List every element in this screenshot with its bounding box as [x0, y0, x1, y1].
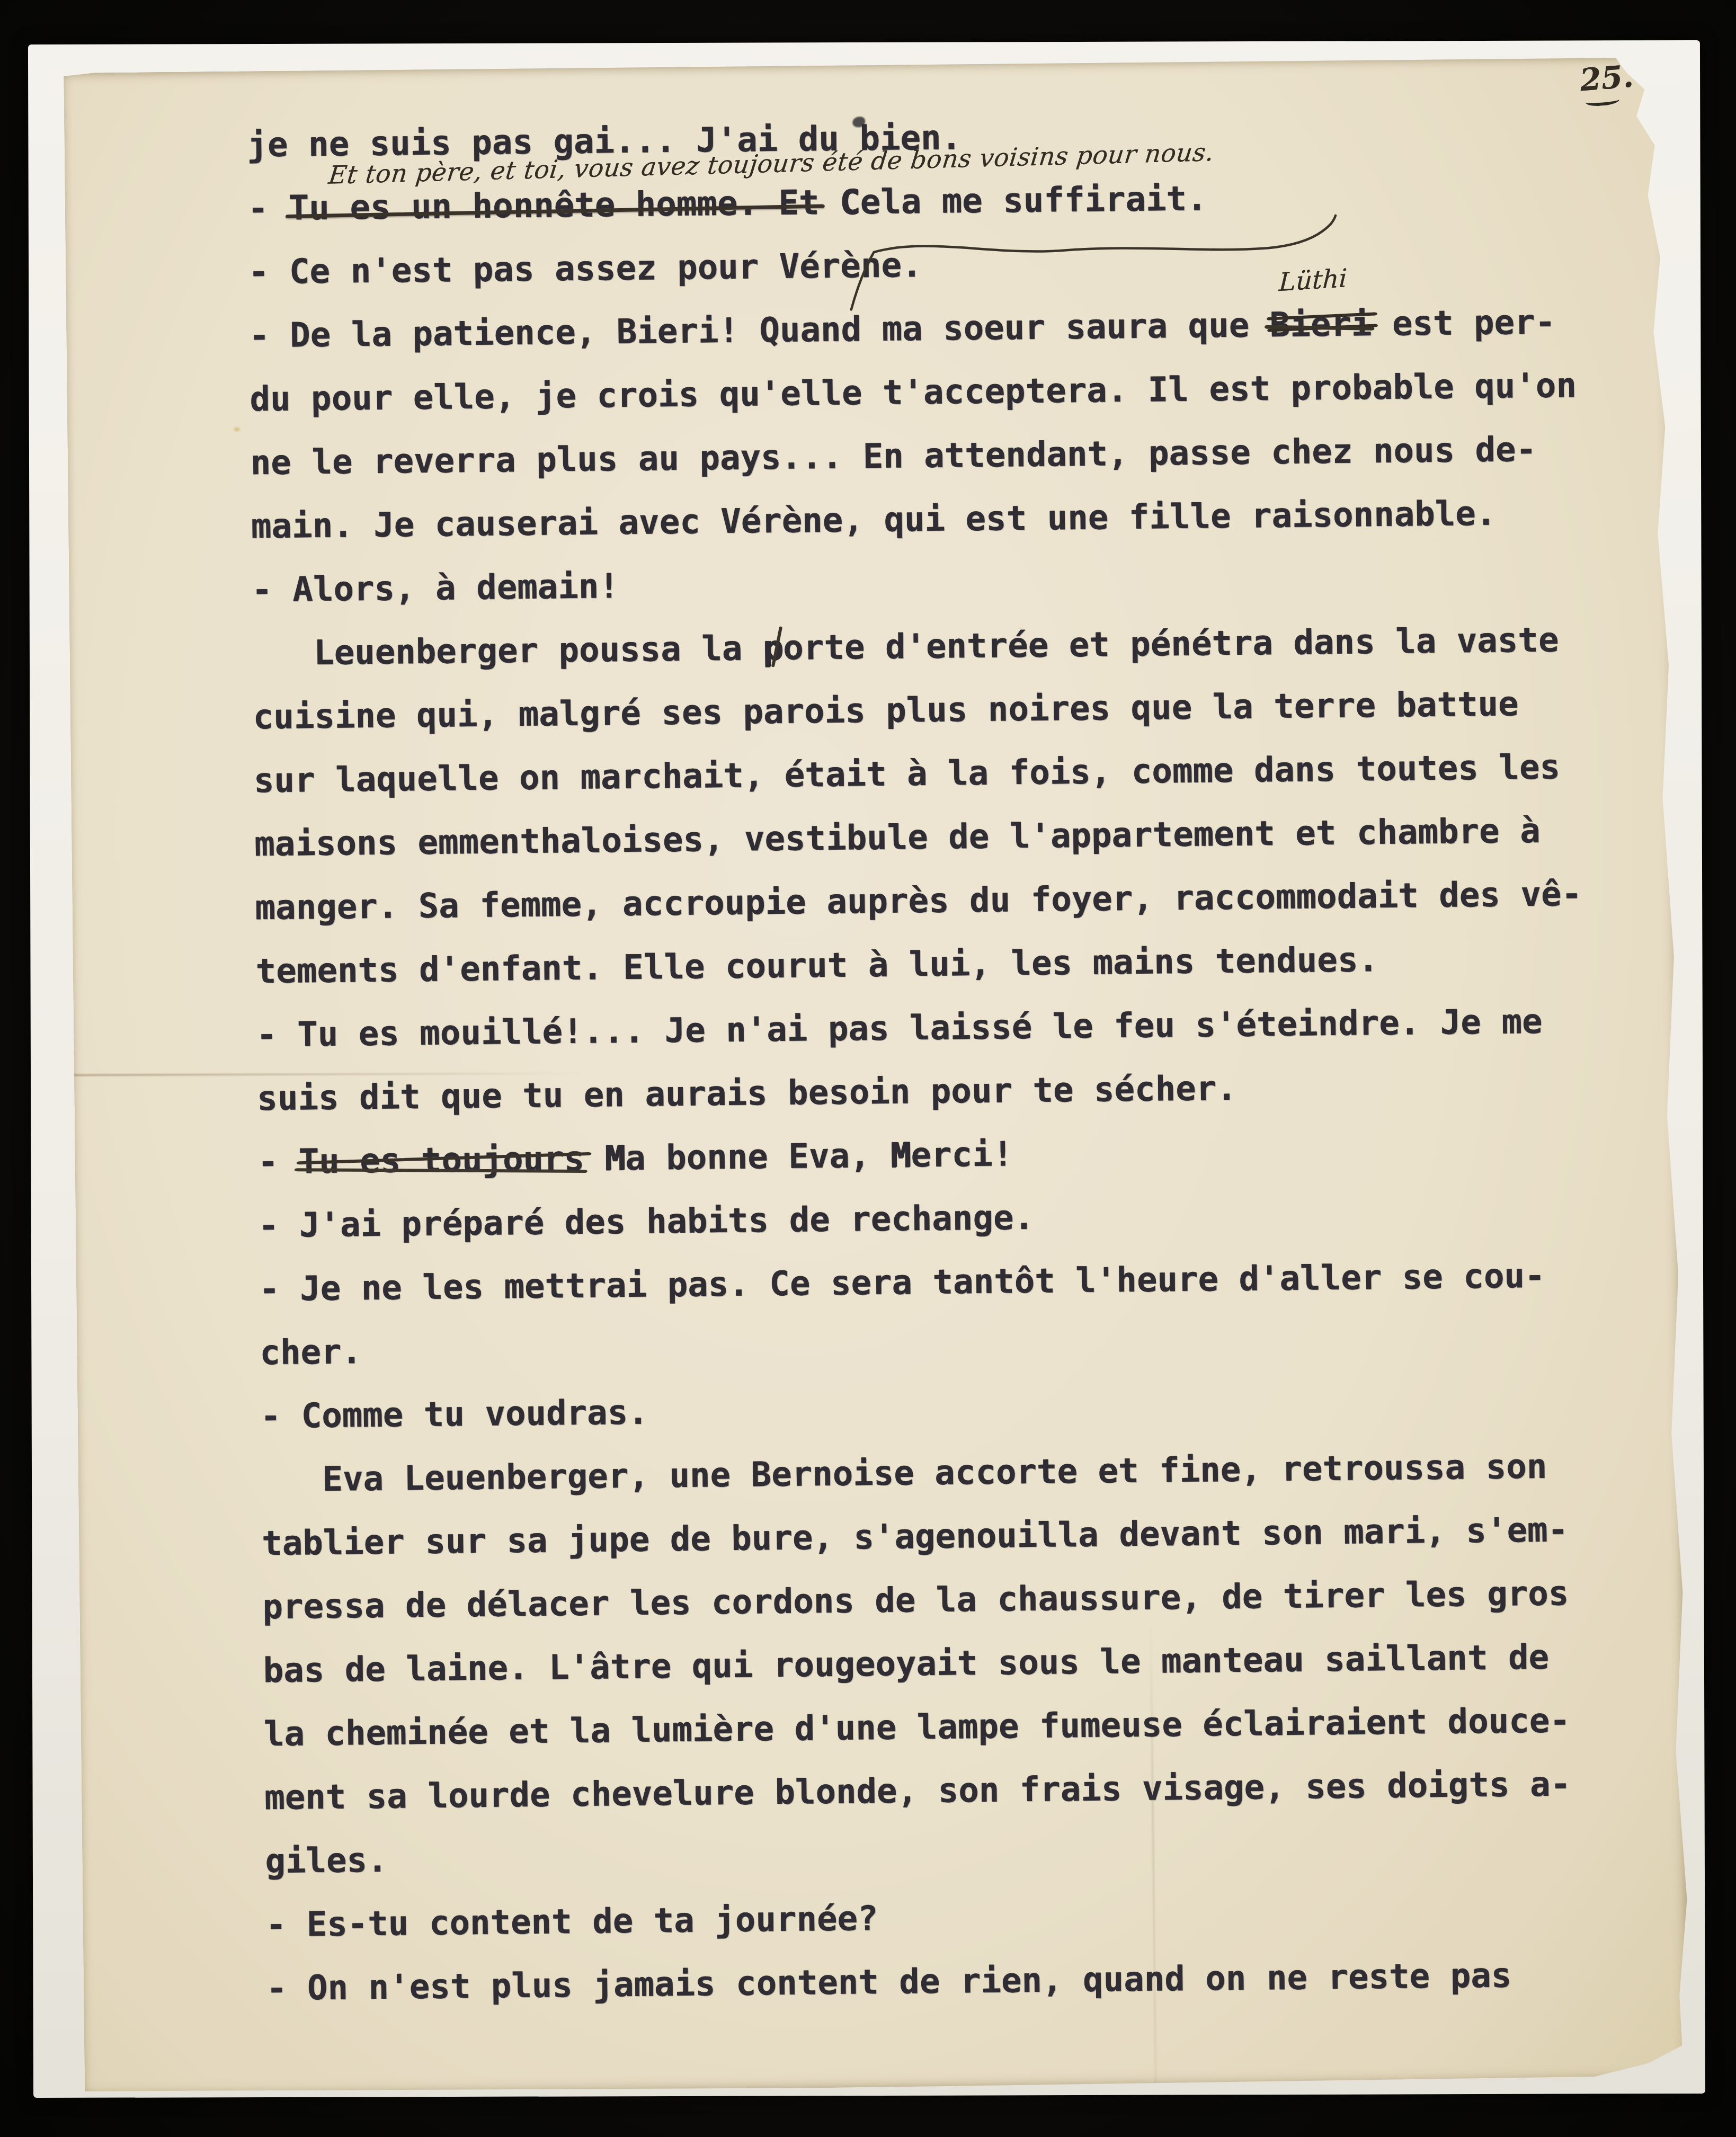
typed-segment: - Comme tu voudras.: [260, 1381, 648, 1449]
typed-segment: giles.: [265, 1829, 388, 1893]
typed-segment: suis dit que tu en aurais besoin pour te…: [257, 1057, 1238, 1130]
typed-segment-strike2: Tu es toujours: [298, 1127, 585, 1194]
handwritten-name-correction: Lüthi: [1278, 263, 1348, 297]
typed-segment: - J'ai préparé des habits de rechange.: [258, 1186, 1034, 1258]
insertion-connector-stroke: [769, 144, 1354, 319]
typed-segment: - Es-tu content de ta journée?: [265, 1887, 878, 1957]
typed-segment: -: [257, 1130, 299, 1194]
typed-segment: - Alors, à demain!: [252, 555, 620, 622]
scan-background: { "document": { "page_number": "25.", "l…: [0, 0, 1736, 2137]
typed-segment: erci!: [911, 1123, 1013, 1187]
typed-segment: [584, 1127, 605, 1190]
paper-stain: [233, 426, 241, 432]
typed-segment: main. Je causerai avec Vérène, qui est u…: [251, 482, 1497, 559]
typed-segment: cher.: [260, 1320, 362, 1385]
typed-segment: orte d'entrée et pénétra dans la vaste: [783, 608, 1559, 680]
typed-segment: - Tu es mouillé!... Je n'ai pas laissé l…: [256, 990, 1543, 1067]
typed-segment-over: M: [890, 1124, 911, 1187]
typed-segment: a bonne Eva,: [625, 1124, 891, 1190]
typed-segment: est per-: [1372, 291, 1556, 357]
typed-segment: - On n'est plus jamais content de rien, …: [266, 1944, 1512, 2021]
manuscript-page: je ne suis pas gai... J'ai du bien.- Tu …: [64, 56, 1690, 2096]
typed-segment: - Je ne les mettrai pas. Ce sera tantôt …: [259, 1244, 1546, 1321]
typed-segment: tements d'enfant. Elle courut à lui, les…: [255, 928, 1378, 1003]
typed-text-block: je ne suis pas gai... J'ai du bien.- Tu …: [247, 99, 1655, 2020]
typed-segment: Leuenberger poussa la: [252, 617, 763, 685]
typed-segment-over: M: [604, 1127, 626, 1190]
typed-segment: -: [247, 177, 289, 241]
